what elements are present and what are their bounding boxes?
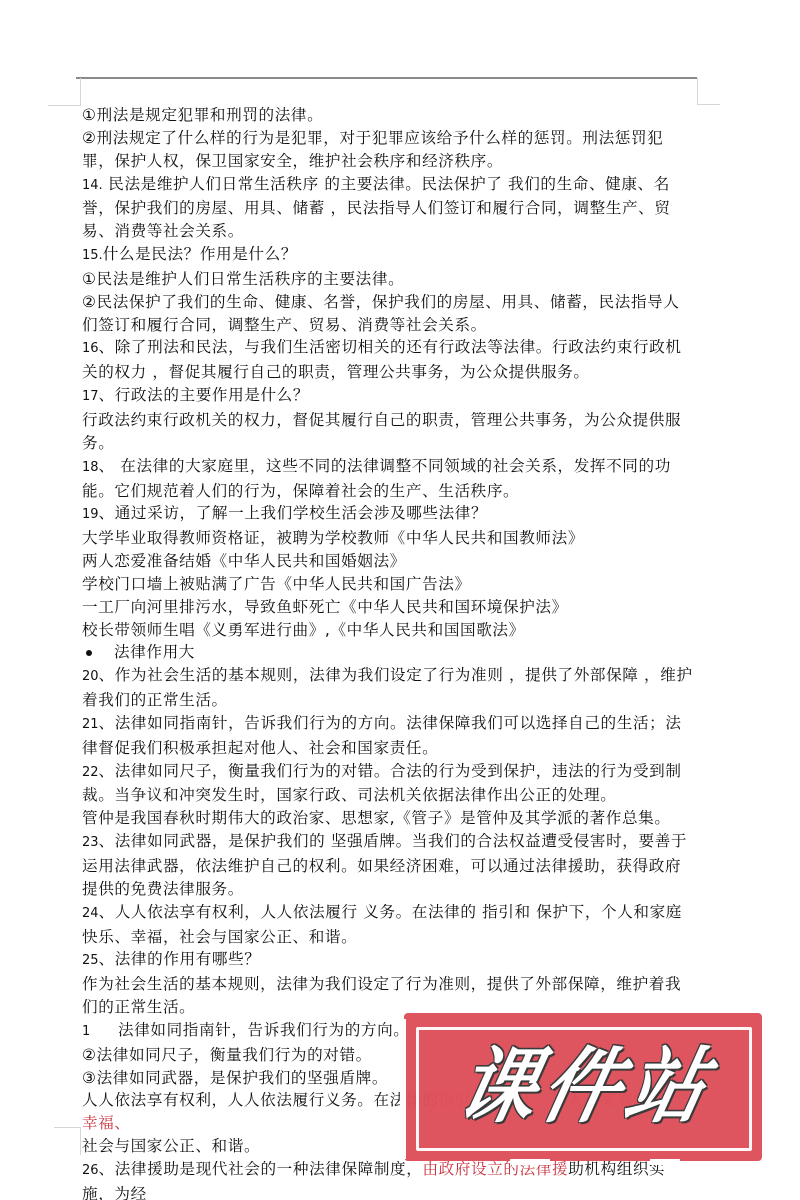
page-top-rule — [76, 77, 697, 79]
paragraph-admin-law-role: 行政法约束行政机关的权力，督促其履行自己的职责，管理公共事务，为公众提供服务。 — [82, 409, 694, 455]
paragraph-23: 23、法律如同武器，是保护我们的 坚强盾牌。当我们的合法权益遭受侵害时，要善于运… — [82, 830, 694, 901]
paragraph-14: 14. 民法是维护人们日常生活秩序 的主要法律。民法保护了 我们的生命、健康、名… — [82, 173, 694, 244]
paragraph-number: 26 — [82, 1163, 99, 1178]
example-teacher-law: 大学毕业取得教师资格证，被聘为学校教师《中华人民共和国教师法》 — [82, 527, 694, 550]
paragraph-criminal-law-def: ①刑法是规定犯罪和刑罚的法律。 — [82, 104, 694, 127]
paragraph-25: 25、法律的作用有哪些？ — [82, 948, 694, 973]
paragraph-number: 16 — [82, 341, 99, 356]
paragraph-17: 17、行政法的主要作用是什么？ — [82, 384, 694, 409]
paragraph-text: ①刑法是规定犯罪和刑罚的法律。 — [82, 106, 323, 124]
paragraph-18: 18、 在法律的大家庭里，这些不同的法律调整不同领域的社会关系，发挥不同的功能。… — [82, 455, 694, 503]
paragraph-16: 16、除了刑法和民法，与我们生活密切相关的还有行政法等法律。行政法约束行政机关的… — [82, 336, 694, 384]
paragraph-number: 14. — [82, 178, 103, 193]
paragraph-text: 学校门口墙上被贴满了广告《中华人民共和国广告法》 — [82, 575, 471, 593]
paragraph-text: 、作为社会生活的基本规则，法律为我们设定了行为准则 ，提供了外部保障 ，维护着我… — [82, 666, 693, 709]
paragraph-text: 民法是维护人们日常生活秩序 的主要法律。民法保护了 我们的生命、健康、名誉，保护… — [82, 175, 671, 241]
example-marriage-law: 两人恋爱准备结婚《中华人民共和国婚姻法》 — [82, 550, 694, 573]
paragraph-21: 21、法律如同指南针，告诉我们行为的方向。法律保障我们可以选择自己的生活；法律督… — [82, 712, 694, 760]
list-number: 1 — [82, 1021, 118, 1044]
paragraph-number: 15. — [82, 248, 103, 263]
stamp-edge-gap — [400, 1019, 406, 1159]
example-anthem-law: 校长带领师生唱《义勇军进行曲》,《中华人民共和国国歌法》 — [82, 619, 694, 642]
example-advertising-law: 学校门口墙上被贴满了广告《中华人民共和国广告法》 — [82, 573, 694, 596]
bullet-icon — [86, 650, 92, 656]
paragraph-text: ③法律如同武器，是保护我们的坚强盾牌。 — [82, 1069, 388, 1087]
paragraph-text: 、通过采访，了解一上我们学校生活会涉及哪些法律？ — [99, 504, 488, 522]
paragraph-text: 、法律的作用有哪些？ — [99, 950, 261, 968]
paragraph-20: 20、作为社会生活的基本规则，法律为我们设定了行为准则 ，提供了外部保障 ，维护… — [82, 664, 694, 712]
paragraph-text: ②刑法规定了什么样的行为是犯罪，对于犯罪应该给予什么样的惩罚。刑法惩罚犯罪，保护… — [82, 129, 663, 170]
paragraph-number: 22 — [82, 765, 99, 780]
paragraph-text: 两人恋爱准备结婚《中华人民共和国婚姻法》 — [82, 552, 406, 570]
paragraph-text: 一工厂向河里排污水，导致鱼虾死亡《中华人民共和国环境保护法》 — [82, 598, 568, 616]
page-corner-mark-top-left — [48, 78, 81, 106]
watermark-text: 课件站 — [419, 1037, 750, 1138]
paragraph-text: 作为社会生活的基本规则，法律为我们设定了行为准则，提供了外部保障，维护着我们的正… — [82, 975, 681, 1016]
stamp-edge-gap — [510, 1159, 550, 1165]
paragraph-text: 社会与国家公正、和谐。 — [82, 1137, 260, 1155]
paragraph-15: 15.什么是民法？作用是什么？ — [82, 243, 694, 268]
paragraph-text: 、除了刑法和民法，与我们生活密切相关的还有行政法等法律。行政法约束行政机关的权力… — [82, 338, 682, 381]
paragraph-number: 18 — [82, 460, 99, 475]
paragraph-text: 、法律如同指南针，告诉我们行为的方向。法律保障我们可以选择自己的生活；法律督促我… — [82, 714, 682, 757]
paragraph-number: 20 — [82, 669, 99, 684]
example-environment-law: 一工厂向河里排污水，导致鱼虾死亡《中华人民共和国环境保护法》 — [82, 596, 694, 619]
paragraph-number: 19 — [82, 507, 99, 522]
paragraph-19: 19、通过采访，了解一上我们学校生活会涉及哪些法律？ — [82, 502, 694, 527]
paragraph-number: 24 — [82, 906, 99, 921]
paragraph-22: 22、法律如同尺子，衡量我们行为的对错。合法的行为受到保护，违法的行为受到制裁。… — [82, 760, 694, 808]
paragraph-text: 、 在法律的大家庭里，这些不同的法律调整不同领域的社会关系，发挥不同的功能。它们… — [82, 457, 671, 500]
paragraph-number: 23 — [82, 835, 99, 850]
page-corner-mark-top-right — [697, 78, 720, 105]
paragraph-number: 25 — [82, 953, 99, 968]
bullet-text: 法律作用大 — [114, 641, 195, 664]
paragraph-civil-law-def: ①民法是维护人们日常生活秩序的主要法律。 — [82, 268, 694, 291]
paragraph-24: 24、人人依法享有权利，人人依法履行 义务。在法律的 指引和 保护下，个人和家庭… — [82, 901, 694, 949]
paragraph-civil-law-role: ②民法保护了我们的生命、健康、名誉，保护我们的房屋、用具、储蓄，民法指导人们签订… — [82, 291, 694, 337]
watermark-stamp: 课件站 — [400, 1013, 770, 1168]
paragraph-number: 17 — [82, 389, 99, 404]
paragraph-text: 校长带领师生唱《义勇军进行曲》,《中华人民共和国国歌法》 — [82, 621, 525, 639]
paragraph-text: ②法律如同尺子，衡量我们行为的对错。 — [82, 1046, 372, 1064]
page-corner-mark-bottom-left — [54, 1127, 81, 1155]
paragraph-text: 大学毕业取得教师资格证，被聘为学校教师《中华人民共和国教师法》 — [82, 529, 584, 547]
paragraph-guanzhong: 管仲是我国春秋时期伟大的政治家、思想家,《管子》是管仲及其学派的著作总集。 — [82, 807, 694, 830]
paragraph-text: 、人人依法享有权利，人人依法履行 义务。在法律的 指引和 保护下，个人和家庭快乐… — [82, 903, 682, 946]
paragraph-number: 21 — [82, 717, 99, 732]
paragraph-text: ①民法是维护人们日常生活秩序的主要法律。 — [82, 270, 404, 288]
list-text: 法律如同指南针，告诉我们行为的方向。 — [118, 1021, 410, 1039]
stamp-edge-gap — [650, 1159, 680, 1165]
paragraph-text: 行政法约束行政机关的权力，督促其履行自己的职责，管理公共事务，为公众提供服务。 — [82, 411, 681, 452]
paragraph-text: 管仲是我国春秋时期伟大的政治家、思想家,《管子》是管仲及其学派的著作总集。 — [82, 809, 671, 827]
bullet-item-law-importance: 法律作用大 — [82, 641, 694, 664]
paragraph-text: 人人依法享有权利，人人依法履行义务。在法律的 — [82, 1091, 438, 1109]
paragraph-text: 、法律如同武器，是保护我们的 坚强盾牌。当我们的合法权益遭受侵害时，要善于运用法… — [82, 832, 687, 898]
paragraph-text: ②民法保护了我们的生命、健康、名誉，保护我们的房屋、用具、储蓄，民法指导人们签订… — [82, 293, 680, 334]
paragraph-text: 、法律援助是现代社会的一种法律保障制度， — [99, 1160, 423, 1178]
paragraph-text: 什么是民法？作用是什么？ — [103, 245, 297, 263]
paragraph-criminal-law-role: ②刑法规定了什么样的行为是犯罪，对于犯罪应该给予什么样的惩罚。刑法惩罚犯罪，保护… — [82, 127, 694, 173]
paragraph-text: 、法律如同尺子，衡量我们行为的对错。合法的行为受到保护，违法的行为受到制裁。当争… — [82, 762, 682, 805]
paragraph-text: 、行政法的主要作用是什么？ — [99, 386, 310, 404]
